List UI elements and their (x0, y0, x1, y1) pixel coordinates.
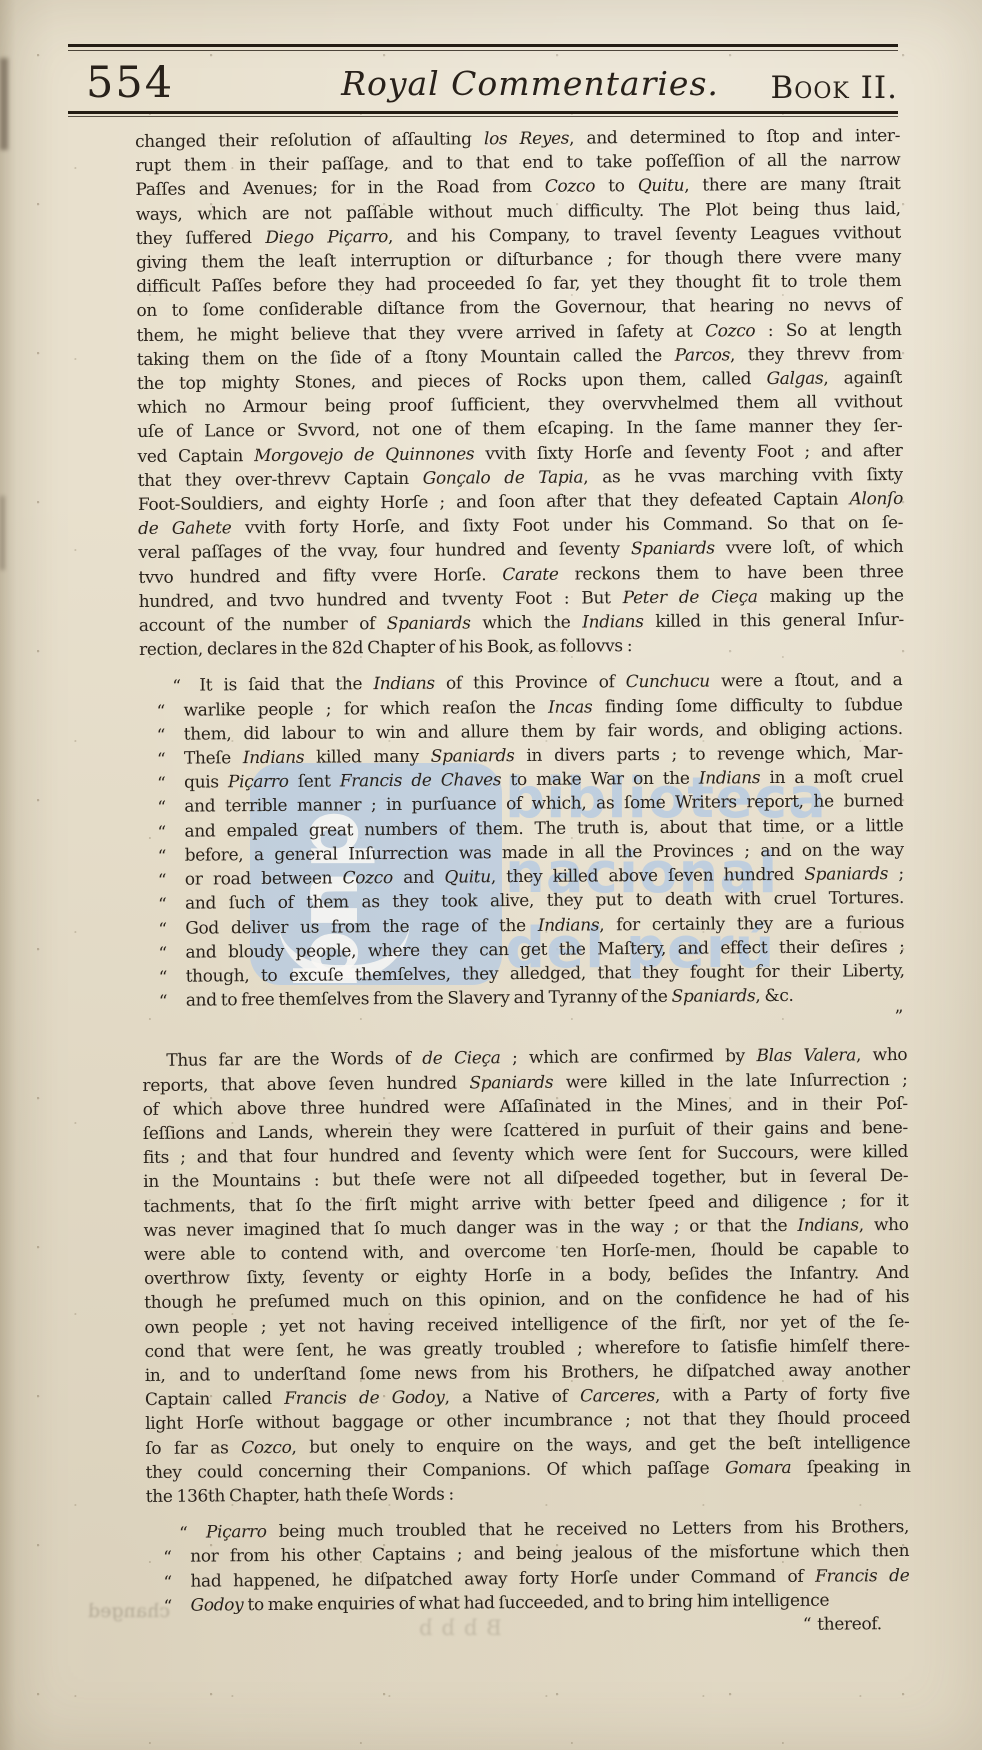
closing-quote-mark: ” (186, 1007, 905, 1033)
quote-mark: “ (157, 748, 166, 772)
quote-mark: “ (803, 1615, 812, 1635)
body-paragraph: Thus far are the Words of de Cieça ; whi… (142, 1043, 911, 1509)
quote-mark: “ (157, 796, 166, 820)
page-edge-smudge (0, 496, 5, 570)
page-edge-smudge (0, 58, 8, 150)
quote-mark: “ (156, 675, 181, 699)
quoted-paragraph: “Piçarro being much troubled that he rec… (190, 1515, 910, 1642)
quote-mark: “ (158, 869, 167, 893)
quote-mark: “ (163, 1546, 172, 1570)
header-rule-bottom-thin (68, 116, 898, 117)
text-line: rection, declares in the 82d Chapter of … (139, 632, 904, 662)
header-rule-top (68, 44, 898, 47)
page-number: 554 (86, 58, 174, 108)
book-label: Book II. (771, 70, 899, 106)
header-rule-top-thin (68, 50, 898, 51)
quote-mark: “ (158, 917, 167, 941)
quote-mark: “ (163, 1570, 172, 1594)
quote-mark: “ (158, 893, 167, 917)
header-rule-bottom (68, 111, 898, 114)
running-title: Royal Commentaries. (330, 64, 730, 103)
quote-mark: “ (158, 941, 167, 965)
quoted-paragraph: “It is ſaid that the Indians of this Pro… (183, 668, 905, 1032)
quote-mark: “ (163, 1522, 188, 1546)
quote-mark: “ (158, 845, 167, 869)
quote-mark: “ (157, 820, 166, 844)
page: changed Bbbb bnp biblioteca nacional del… (0, 0, 982, 1750)
paragraph-tail: “thereof. (191, 1612, 910, 1642)
text-body: changed their reſolution of aſſaulting l… (135, 124, 912, 1642)
quote-mark: “ (159, 990, 168, 1014)
quote-mark: “ (157, 724, 166, 748)
quote-mark: “ (156, 699, 165, 723)
quote-mark: “ (159, 966, 168, 990)
text-line: the 136th Chapter, hath theſe Words : (146, 1479, 911, 1509)
quote-mark: “ (157, 772, 166, 796)
quote-mark: “ (164, 1595, 173, 1619)
body-paragraph: changed their reſolution of aſſaulting l… (135, 124, 904, 662)
